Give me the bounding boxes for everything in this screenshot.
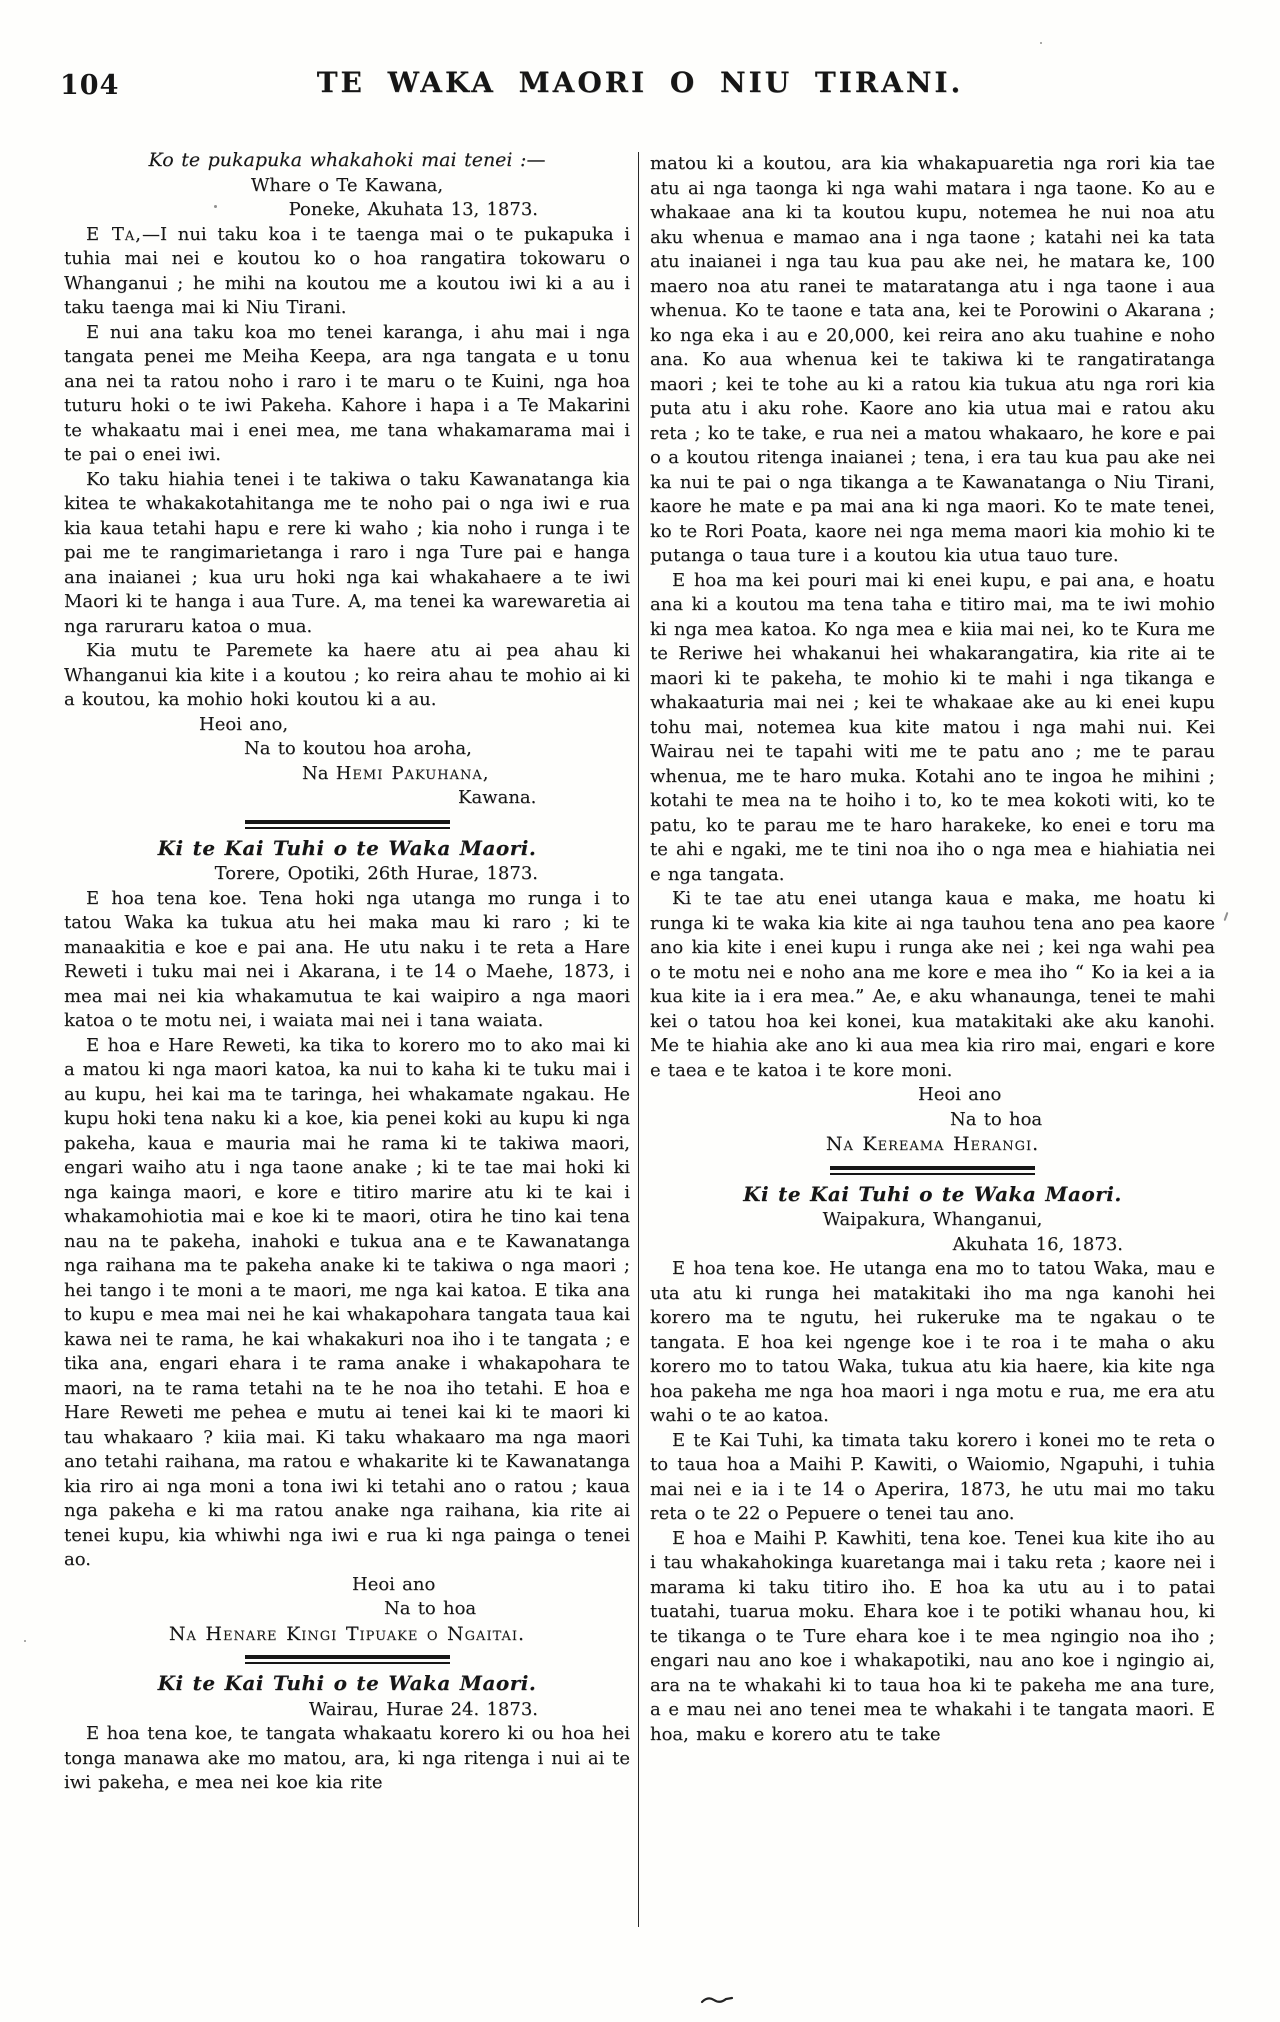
signature-name: Hemi Pakuhana, xyxy=(336,763,490,784)
scanned-newspaper-page: 104 TE WAKA MAORI O NIU TIRANI. Ko te pu… xyxy=(0,0,1280,2022)
letter1-signature: Na Hemi Pakuhana, xyxy=(64,762,630,787)
letter1-intro-line: Ko te pukapuka whakahoki mai tenei :— xyxy=(64,148,630,173)
continued-paragraph: E hoa ma kei pouri mai ki enei kupu, e p… xyxy=(650,569,1215,888)
scan-speckle xyxy=(1224,912,1229,921)
letter1-dateline: Poneke, Akuhata 13, 1873. xyxy=(64,198,630,223)
continued-paragraph: matou ki a koutou, ara kia whakapuaretia… xyxy=(650,152,1215,569)
letter1-paragraph: Kia mutu te Paremete ka haere atu ai pea… xyxy=(64,639,630,713)
letter3-dateline: Wairau, Hurae 24. 1873. xyxy=(64,1698,630,1723)
salutation-smallcaps: E Ta, xyxy=(86,224,142,245)
section-divider-rule xyxy=(245,1655,450,1664)
continuation-closing: Na to hoa xyxy=(650,1108,1215,1133)
signature-prefix: Na xyxy=(302,763,336,784)
page-header: 104 TE WAKA MAORI O NIU TIRANI. xyxy=(0,66,1280,116)
continuation-closing: Heoi ano xyxy=(650,1083,1215,1108)
letter1-paragraph: E Ta,—I nui taku koa i te taenga mai o t… xyxy=(64,223,630,321)
scan-speckle xyxy=(214,205,217,208)
letter3-paragraph: E hoa tena koe, te tangata whakaatu kore… xyxy=(64,1722,630,1796)
continuation-signature: Na Kereama Herangi. xyxy=(650,1132,1215,1157)
letter4-paragraph: E hoa e Maihi P. Kawhiti, tena koe. Tene… xyxy=(650,1527,1215,1748)
left-column: Ko te pukapuka whakahoki mai tenei :— Wh… xyxy=(64,148,630,1796)
right-column: matou ki a koutou, ara kia whakapuaretia… xyxy=(650,152,1215,1747)
paragraph-text: —I nui taku koa i te taenga mai o te puk… xyxy=(64,224,630,319)
letter3-heading: Ki te Kai Tuhi o te Waka Maori. xyxy=(64,1671,630,1696)
section-divider-rule xyxy=(245,820,450,829)
letter4-dateline: Akuhata 16, 1873. xyxy=(650,1233,1215,1258)
letter4-address: Waipakura, Whanganui, xyxy=(650,1208,1215,1233)
letter1-paragraph: Ko taku hiahia tenei i te takiwa o taku … xyxy=(64,468,630,640)
letter2-closing: Na to hoa xyxy=(64,1597,630,1622)
letter1-paragraph: E nui ana taku koa mo tenei karanga, i a… xyxy=(64,321,630,468)
letter2-paragraph: E hoa e Hare Reweti, ka tika to korero m… xyxy=(64,1034,630,1573)
letter4-heading: Ki te Kai Tuhi o te Waka Maori. xyxy=(650,1182,1215,1207)
letter4-paragraph: E te Kai Tuhi, ka timata taku korero i k… xyxy=(650,1429,1215,1527)
masthead-title: TE WAKA MAORI O NIU TIRANI. xyxy=(0,66,1280,99)
letter1-signature-title: Kawana. xyxy=(64,786,630,811)
letter1-closing: Na to koutou hoa aroha, xyxy=(64,737,630,762)
column-divider-rule xyxy=(638,152,639,1927)
letter1-address: Whare o Te Kawana, xyxy=(64,174,630,199)
ink-squiggle-mark xyxy=(700,1994,740,2006)
letter2-dateline: Torere, Opotiki, 26th Hurae, 1873. xyxy=(64,862,630,887)
letter4-paragraph: E hoa tena koe. He utanga ena mo to tato… xyxy=(650,1257,1215,1429)
letter2-signature: Na Henare Kingi Tipuake o Ngaitai. xyxy=(64,1622,630,1647)
letter1-closing: Heoi ano, xyxy=(64,713,630,738)
section-divider-rule xyxy=(830,1166,1035,1175)
scan-speckle xyxy=(24,1640,26,1642)
scan-speckle xyxy=(1040,42,1042,44)
letter2-closing: Heoi ano xyxy=(64,1573,630,1598)
letter2-heading: Ki te Kai Tuhi o te Waka Maori. xyxy=(64,836,630,861)
letter2-paragraph: E hoa tena koe. Tena hoki nga utanga mo … xyxy=(64,887,630,1034)
continued-paragraph: Ki te tae atu enei utanga kaua e maka, m… xyxy=(650,887,1215,1083)
